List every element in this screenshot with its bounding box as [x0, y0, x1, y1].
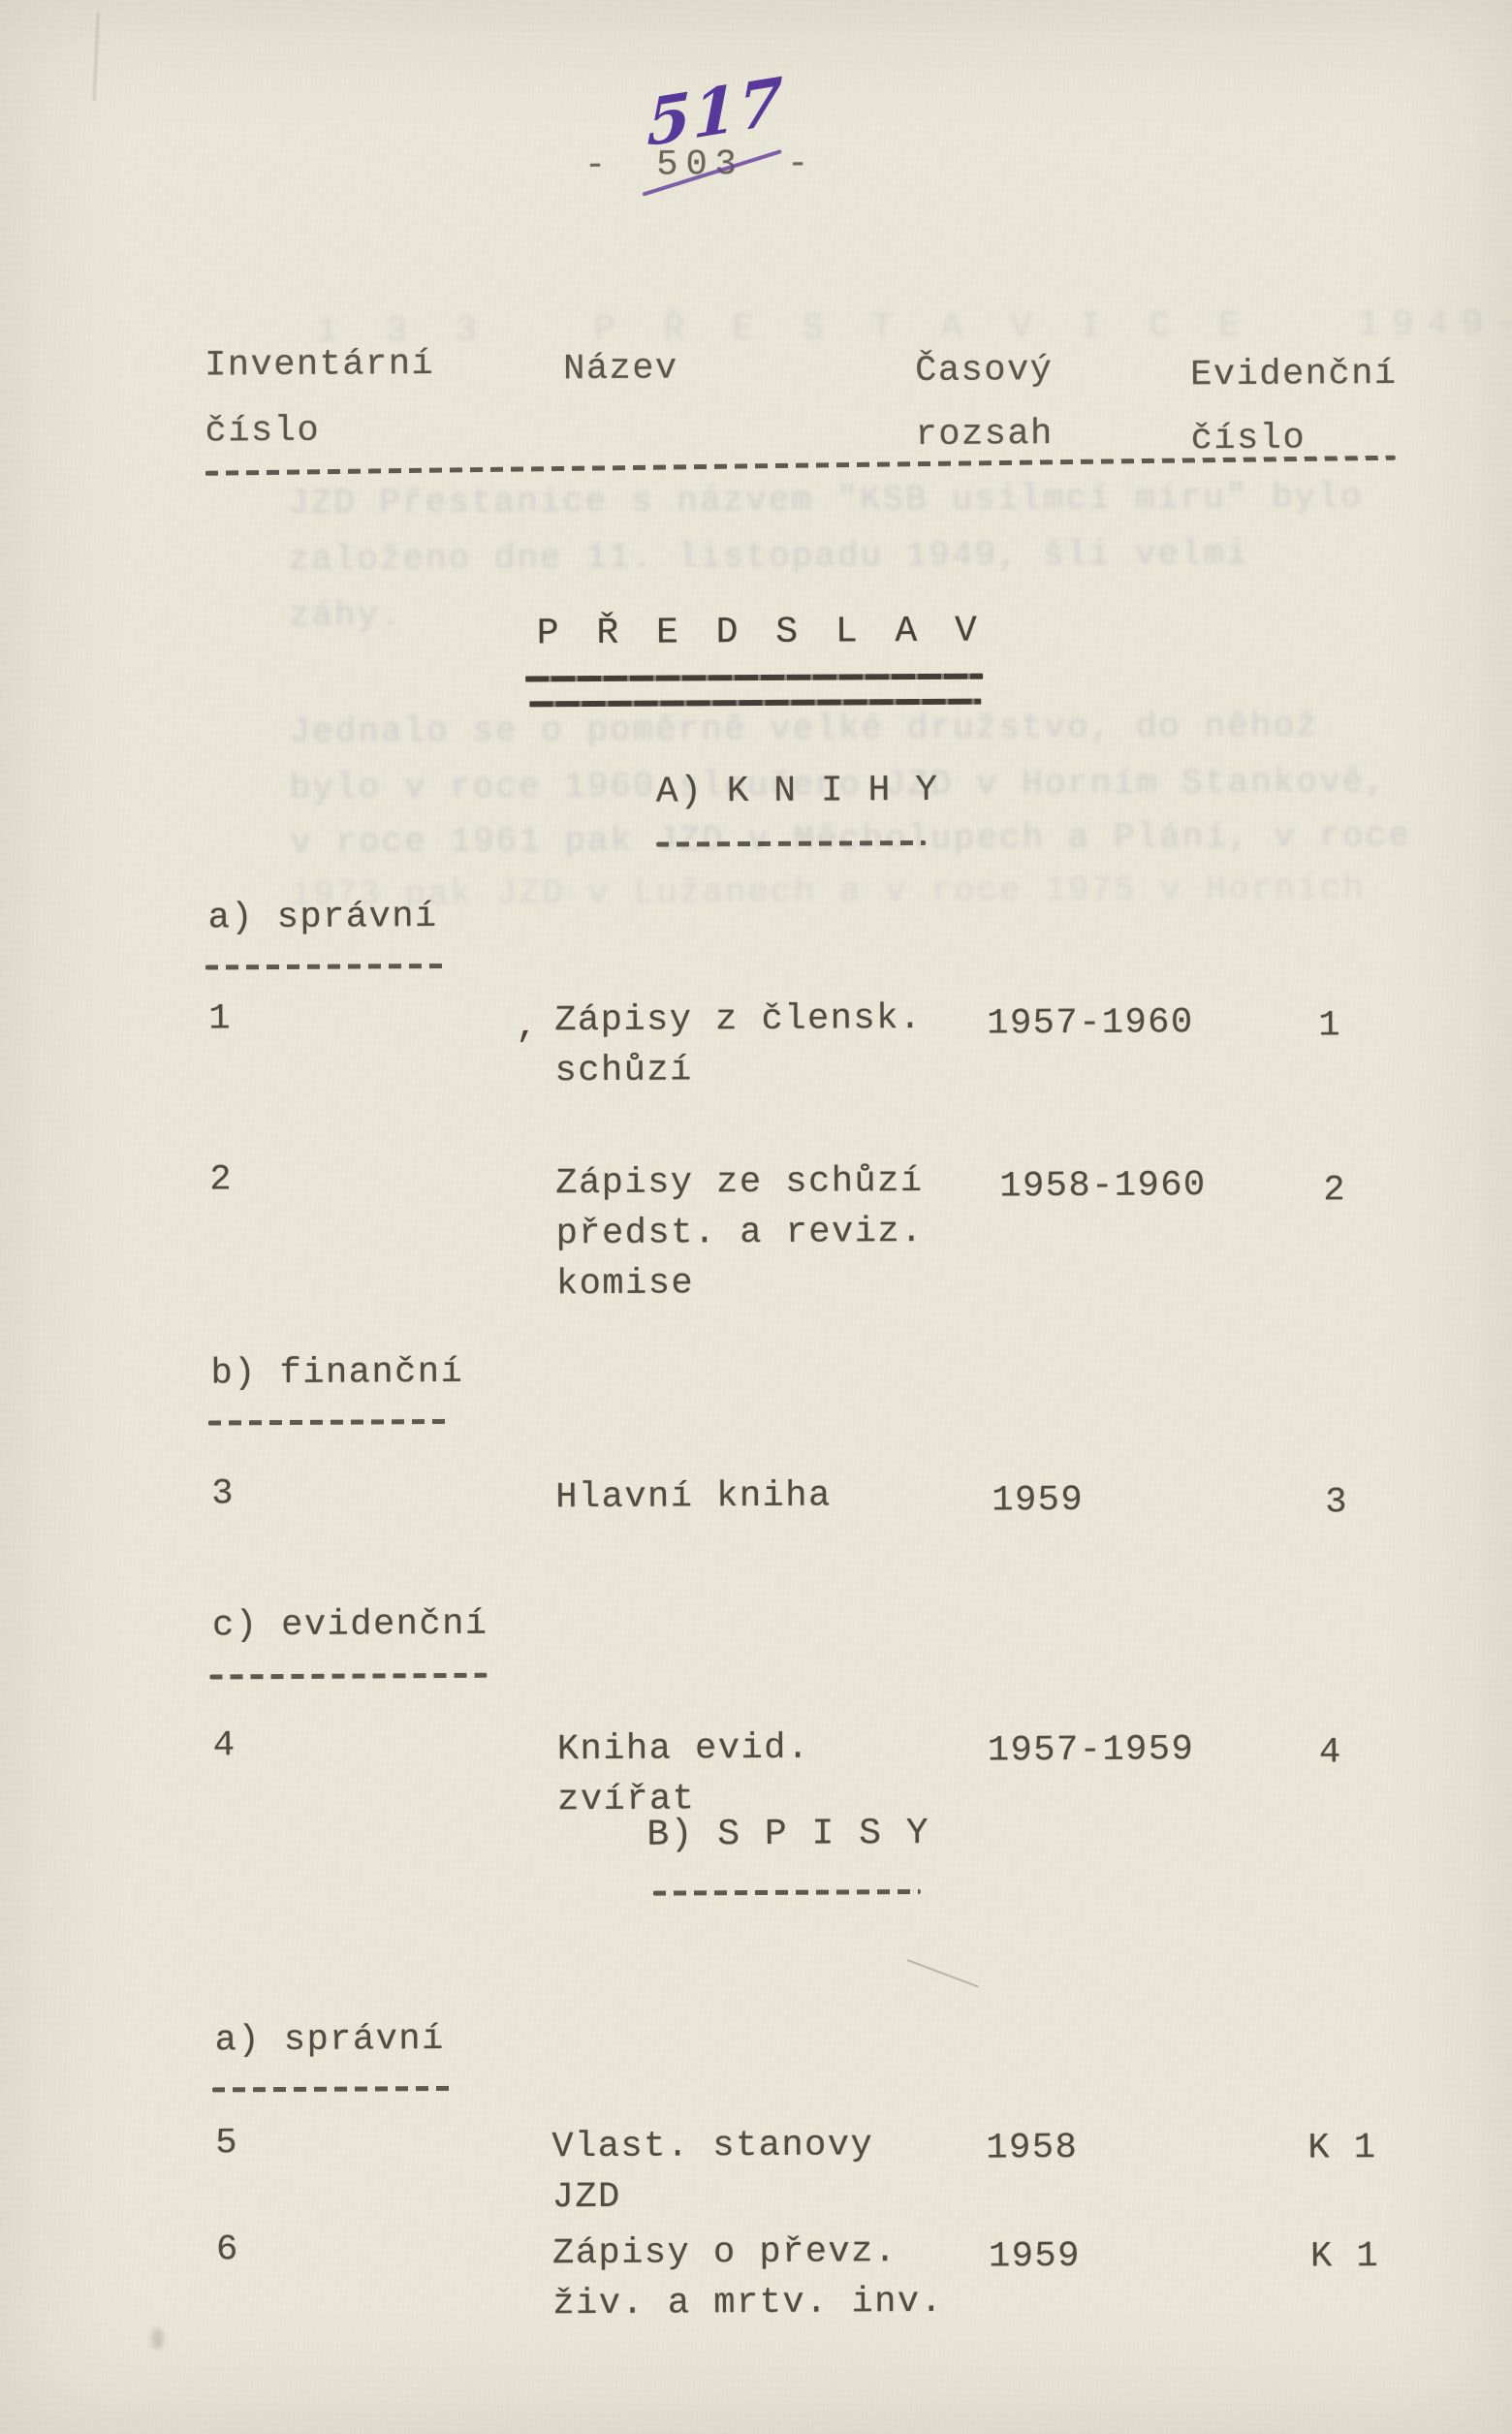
row-evidence-number: K 1: [1307, 2127, 1376, 2170]
ghost-line: založeno dne 11. listopadu 1949, šli vel…: [288, 534, 1249, 580]
page-content: 1 3 3 P Ř E S T A V I C E 1949-1975 JZD …: [0, 0, 1512, 2434]
header-inventory-number-line2: číslo: [205, 410, 320, 454]
header-time-span-line2: rozsah: [915, 413, 1054, 457]
row-name-line: Zápisy o převz.: [552, 2230, 898, 2276]
stray-comma-mark: ,: [516, 1005, 539, 1049]
paper-crease: [93, 12, 99, 101]
header-name: Název: [563, 347, 678, 391]
header-time-span-line1: Časový: [915, 349, 1054, 393]
row-evidence-number: 1: [1318, 1004, 1341, 1048]
section-a-label: A) K N I H Y: [656, 769, 939, 814]
row-inventory-number: 5: [215, 2122, 238, 2165]
typed-page-number: - 503 -: [584, 143, 817, 188]
row-date-range: 1958-1960: [999, 1164, 1207, 1209]
row-inventory-number: 2: [209, 1158, 233, 1202]
group-c-label: c) evidenční: [212, 1603, 488, 1648]
scanned-archive-page: 1 3 3 P Ř E S T A V I C E 1949-1975 JZD …: [0, 0, 1512, 2434]
row-date-range: 1957-1959: [988, 1728, 1195, 1773]
group-a-underline: [205, 964, 450, 970]
row-evidence-number: 3: [1325, 1481, 1348, 1525]
row-inventory-number: 1: [208, 997, 232, 1041]
section-b-label: B) S P I S Y: [646, 1812, 929, 1857]
row-evidence-number: 2: [1323, 1169, 1346, 1213]
group-c-underline: [209, 1673, 487, 1680]
row-name-line: předst. a reviz.: [556, 1211, 925, 1256]
header-inventory-number-line1: Inventární: [205, 343, 434, 388]
row-name-line: Zápisy z člensk.: [554, 997, 923, 1043]
row-evidence-number: 4: [1319, 1731, 1342, 1775]
row-name-line: živ. a mrtv. inv.: [552, 2281, 943, 2326]
row-inventory-number: 6: [216, 2229, 239, 2272]
row-name-line: Vlast. stanovy: [551, 2124, 873, 2168]
ghost-line: Jednalo se o poměrně velké družstvo, do …: [289, 706, 1318, 751]
ghost-line: 1973 pak JZD v Lužanech a v roce 1975 v …: [290, 869, 1366, 915]
row-name-line: Kniha evid.: [557, 1727, 810, 1772]
row-name-line: Zápisy ze schůzí: [555, 1160, 924, 1206]
header-dashed-rule: [205, 456, 1396, 476]
row-date-range: 1959: [992, 1479, 1084, 1523]
row-inventory-number: 4: [213, 1724, 236, 1768]
row-name-line: komise: [556, 1262, 695, 1306]
group-a2-label: a) správní: [215, 2018, 445, 2063]
place-title-underline-1: [525, 674, 983, 682]
smudge-mark: [152, 2328, 164, 2350]
group-b-label: b) finanční: [210, 1351, 463, 1396]
group-a-label: a) správní: [208, 896, 438, 940]
place-title-underline-2: [529, 699, 981, 708]
section-b-underline: [653, 1889, 921, 1896]
ghost-line: záhy.: [289, 595, 403, 636]
ghost-line: v roce 1961 pak JZD v Měcholupech a Plán…: [290, 816, 1411, 863]
row-name-line: schůzí: [554, 1049, 693, 1092]
row-inventory-number: 3: [211, 1472, 235, 1516]
row-date-range: 1957-1960: [987, 1001, 1194, 1046]
group-a2-underline: [212, 2086, 457, 2093]
ghost-line: JZD Přestanice s názvem "KSB usilmcí mír…: [288, 477, 1364, 523]
row-name-line: JZD: [552, 2176, 621, 2220]
row-date-range: 1959: [989, 2235, 1081, 2279]
row-name-line: Hlavní kniha: [555, 1475, 832, 1520]
row-date-range: 1958: [986, 2127, 1078, 2170]
row-evidence-number: K 1: [1310, 2235, 1379, 2279]
ghost-heading: 1 3 3 P Ř E S T A V I C E 1949-1975: [316, 302, 1512, 353]
scratch-line: [907, 1959, 979, 1987]
header-evidence-number-line1: Evidenční: [1190, 353, 1398, 397]
header-evidence-number-line2: číslo: [1191, 418, 1307, 461]
group-b-underline: [208, 1419, 453, 1426]
place-title: P Ř E D S L A V: [537, 610, 985, 656]
